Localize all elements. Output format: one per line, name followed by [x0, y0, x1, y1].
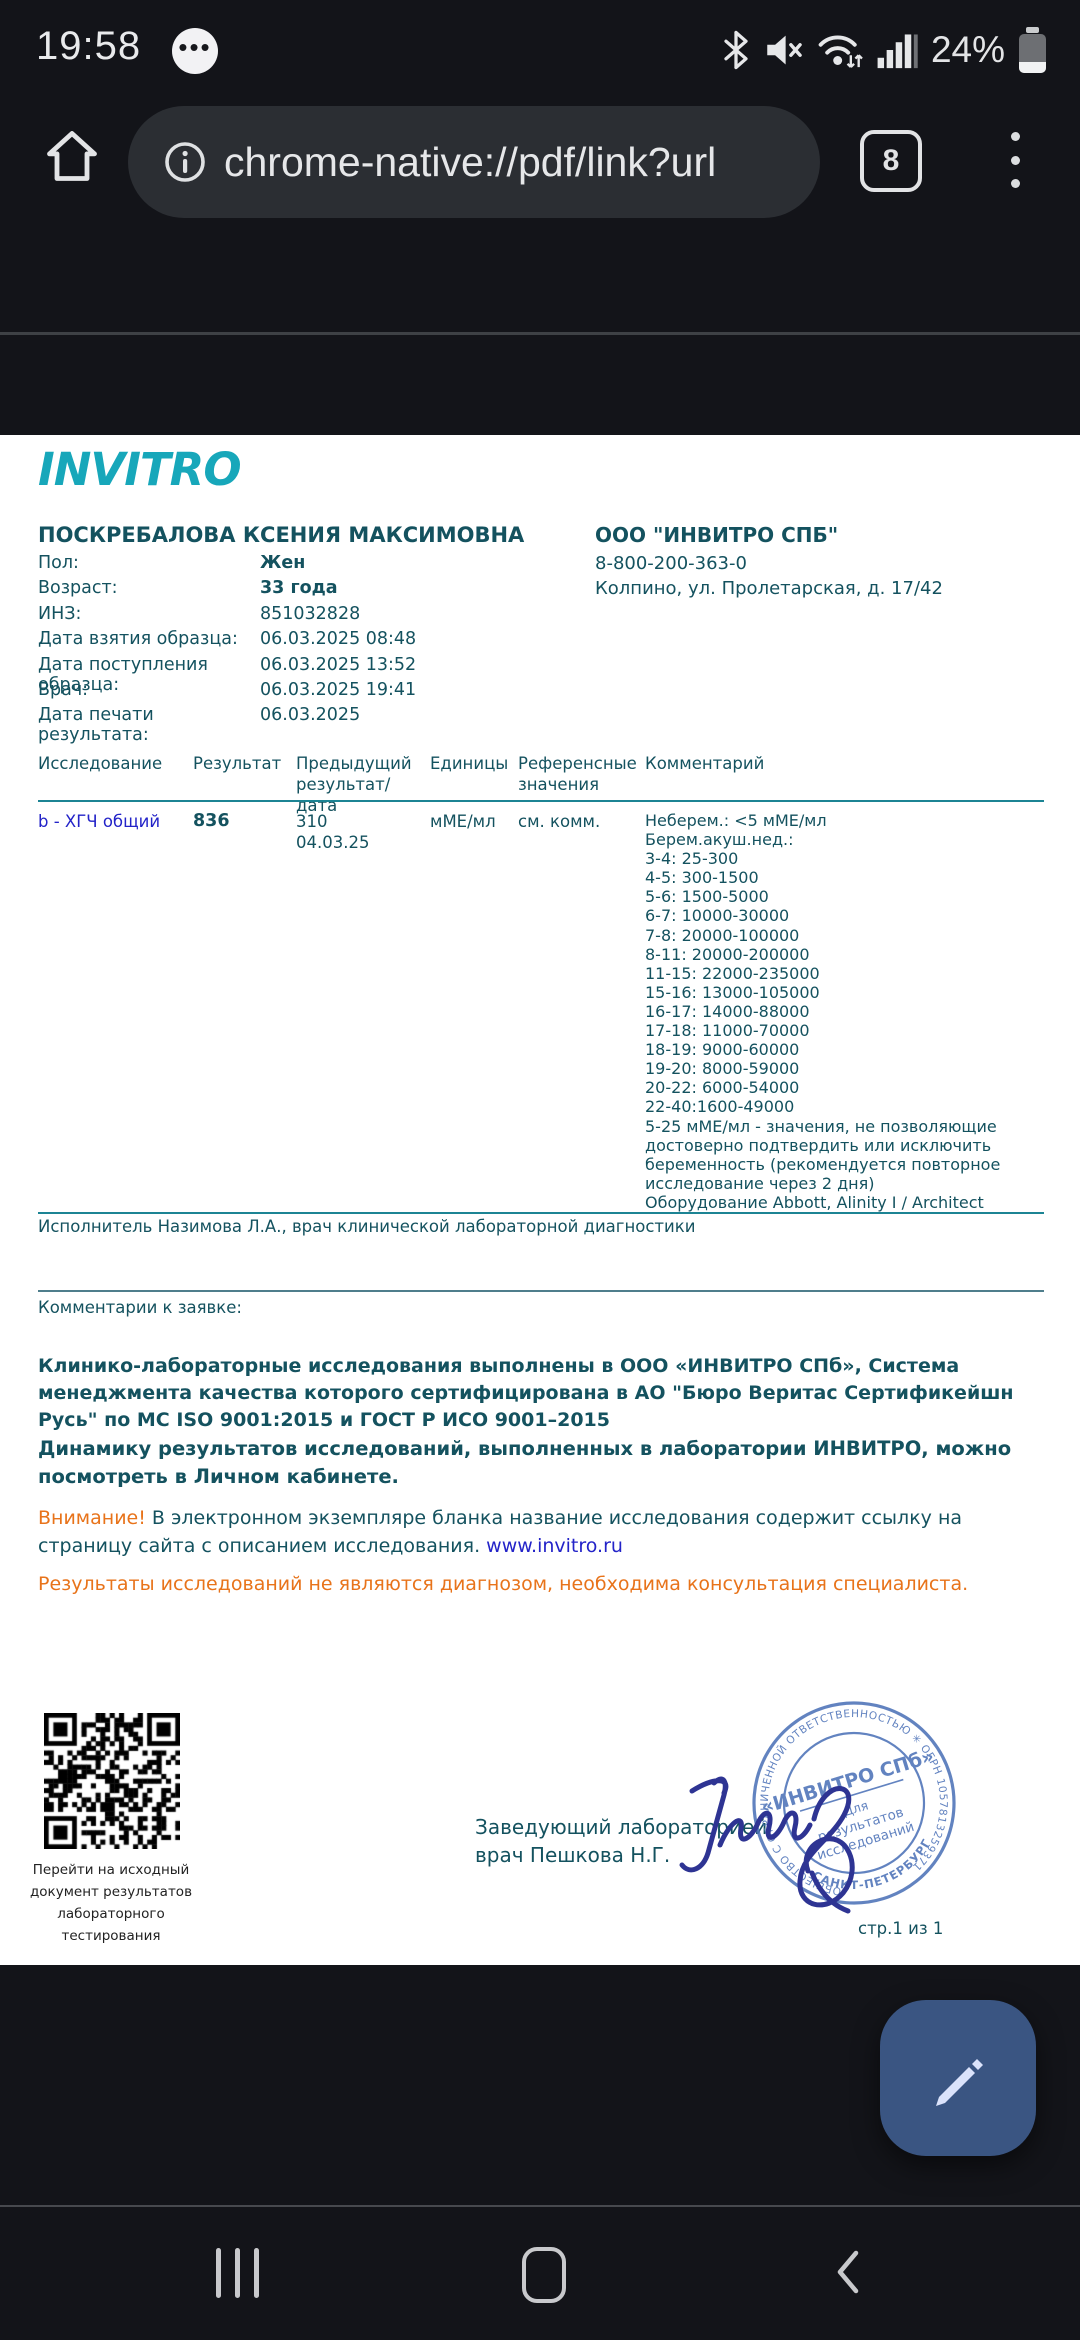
patient-info-row: Пол:Жен [38, 553, 578, 578]
comment-line: 19-20: 8000-59000 [645, 1059, 1045, 1078]
column-header: Исследование [38, 753, 188, 774]
comment-line: 18-19: 9000-60000 [645, 1040, 1045, 1059]
org-address: Колпино, ул. Пролетарская, д. 17/42 [595, 578, 943, 599]
invitro-site-link[interactable]: www.invitro.ru [486, 1535, 623, 1557]
info-value: 06.03.2025 08:48 [260, 629, 416, 649]
comment-line: Оборудование Abbott, Alinity I / Archite… [645, 1193, 1045, 1212]
comment-line: 15-16: 13000-105000 [645, 983, 1045, 1002]
column-header: Предыдущий результат/дата [296, 753, 424, 816]
dynamics-text: Динамику результатов исследований, выпол… [38, 1435, 1050, 1491]
patient-info-row: Дата поступления образца:06.03.2025 13:5… [38, 655, 578, 680]
messenger-notification-icon: ••• [172, 28, 218, 74]
home-button[interactable] [42, 126, 102, 186]
info-value: 06.03.2025 19:41 [260, 680, 416, 700]
doctor-signature [662, 1753, 892, 1928]
previous-date: 04.03.25 [296, 832, 424, 853]
attention-paragraph: Внимание! В электронном экземпляре бланк… [38, 1505, 1050, 1560]
patient-info-row: ИНЗ:851032828 [38, 604, 578, 629]
info-icon[interactable] [162, 139, 208, 185]
battery-icon [1019, 27, 1046, 73]
org-name: ООО "ИНВИТРО СПБ" [595, 523, 838, 547]
column-header: Результат [193, 753, 291, 774]
qr-caption-line: Перейти на исходный [18, 1859, 204, 1881]
back-button[interactable] [828, 2247, 868, 2297]
qr-caption-line: документ результатов [18, 1881, 204, 1903]
patient-info-row: Дата взятия образца:06.03.2025 08:48 [38, 629, 578, 654]
phone-screen: { "status_bar": { "time": "19:58", "batt… [0, 0, 1080, 2340]
comment-line: исследование через 2 дня) [645, 1174, 1045, 1193]
info-value: 06.03.2025 13:52 [260, 655, 416, 675]
wifi-icon [815, 29, 863, 71]
battery-body [1019, 34, 1046, 73]
clock: 19:58 [36, 24, 141, 69]
battery-level [1019, 62, 1046, 73]
certification-text: Клинико-лабораторные исследования выполн… [38, 1353, 1050, 1434]
column-header: Комментарий [645, 753, 1045, 774]
previous-value: 310 [296, 811, 424, 832]
url-text[interactable]: chrome-native://pdf/link?url [224, 139, 716, 186]
comment-line: 5-25 мМЕ/мл - значения, не позволяющие [645, 1117, 1045, 1136]
toolbar-divider [0, 332, 1080, 335]
info-label: ИНЗ: [38, 604, 260, 624]
qr-caption-line: лабораторного тестирования [18, 1903, 204, 1947]
pdf-page: INVITRO ПОСКРЕБАЛОВА КСЕНИЯ МАКСИМОВНА О… [0, 435, 1080, 1965]
comment-line: 4-5: 300-1500 [645, 868, 1045, 887]
disclaimer-text: Результаты исследований не являются диаг… [38, 1573, 1050, 1595]
tab-switcher-button[interactable]: 8 [860, 130, 922, 192]
header-rule [38, 800, 1044, 802]
chat-dots: ••• [178, 42, 211, 52]
mute-icon [763, 29, 803, 71]
patient-info-row: Возраст:33 года [38, 578, 578, 603]
comment-line: 7-8: 20000-100000 [645, 926, 1045, 945]
column-header: Единицы [430, 753, 514, 774]
page-number: стр.1 из 1 [858, 1919, 943, 1938]
comment-line: 11-15: 22000-235000 [645, 964, 1045, 983]
comment-line: достоверно подтвердить или исключить [645, 1136, 1045, 1155]
comment-line: 8-11: 20000-200000 [645, 945, 1045, 964]
info-value: 06.03.2025 [260, 705, 360, 725]
qr-code[interactable] [44, 1713, 180, 1849]
request-comments-label: Комментарии к заявке: [38, 1298, 242, 1317]
menu-kebab-button[interactable] [995, 130, 1035, 190]
signal-icon [875, 29, 919, 71]
status-bar: 19:58 ••• 24 [0, 0, 1080, 100]
info-label: Врач: [38, 680, 260, 700]
patient-info-row: Дата печати результата:06.03.2025 [38, 705, 578, 730]
test-name-link[interactable]: b - ХГЧ общий [38, 811, 188, 832]
battery-nub [1026, 27, 1039, 33]
pencil-icon [925, 2045, 991, 2111]
info-label: Дата печати результата: [38, 705, 260, 745]
section-rule [38, 1290, 1044, 1292]
navigation-bar [0, 2207, 1080, 2340]
comment-line: 17-18: 11000-70000 [645, 1021, 1045, 1040]
info-value: Жен [260, 553, 305, 573]
comment-line: 5-6: 1500-5000 [645, 887, 1045, 906]
patient-name: ПОСКРЕБАЛОВА КСЕНИЯ МАКСИМОВНА [38, 523, 524, 547]
patient-info-row: Врач:06.03.2025 19:41 [38, 680, 578, 705]
info-value: 33 года [260, 578, 338, 598]
attention-label: Внимание! [38, 1507, 146, 1529]
recents-button[interactable] [205, 2248, 269, 2298]
comment-line: Берем.акуш.нед.: [645, 830, 1045, 849]
comment-line: Неберем.: <5 мМЕ/мл [645, 811, 1045, 830]
org-phone: 8-800-200-363-0 [595, 553, 747, 574]
comment-line: беременность (рекомендуется повторное [645, 1155, 1045, 1174]
info-value: 851032828 [260, 604, 360, 624]
reference-values: см. комм. [518, 811, 644, 832]
edit-fab[interactable] [880, 2000, 1036, 2156]
comment-line: 3-4: 25-300 [645, 849, 1045, 868]
comment-cell: Неберем.: <5 мМЕ/млБерем.акуш.нед.:3-4: … [645, 811, 1045, 1212]
units: мМЕ/мл [430, 811, 514, 832]
invitro-logo: INVITRO [38, 443, 241, 496]
address-bar[interactable]: chrome-native://pdf/link?url [128, 106, 820, 218]
comment-line: 20-22: 6000-54000 [645, 1078, 1045, 1097]
qr-caption: Перейти на исходныйдокумент результатовл… [18, 1859, 204, 1947]
result-value: 836 [193, 811, 291, 832]
column-header: Референсные значения [518, 753, 644, 795]
status-icons: 24% [721, 26, 1046, 74]
comment-line: 16-17: 14000-88000 [645, 1002, 1045, 1021]
home-nav-button[interactable] [522, 2247, 566, 2303]
comment-line: 6-7: 10000-30000 [645, 906, 1045, 925]
browser-toolbar: chrome-native://pdf/link?url 8 [0, 100, 1080, 234]
info-label: Возраст: [38, 578, 260, 598]
executor-line: Исполнитель Назимова Л.А., врач клиничес… [38, 1217, 695, 1236]
previous-result: 310 04.03.25 [296, 811, 424, 853]
battery-percent: 24% [931, 29, 1005, 71]
bluetooth-icon [721, 29, 751, 71]
table-bottom-rule [38, 1212, 1044, 1214]
info-label: Дата взятия образца: [38, 629, 260, 649]
comment-line: 22-40:1600-49000 [645, 1097, 1045, 1116]
info-label: Пол: [38, 553, 260, 573]
tab-count: 8 [883, 144, 900, 178]
patient-info-rows: Пол:ЖенВозраст:33 годаИНЗ:851032828Дата … [38, 553, 578, 731]
